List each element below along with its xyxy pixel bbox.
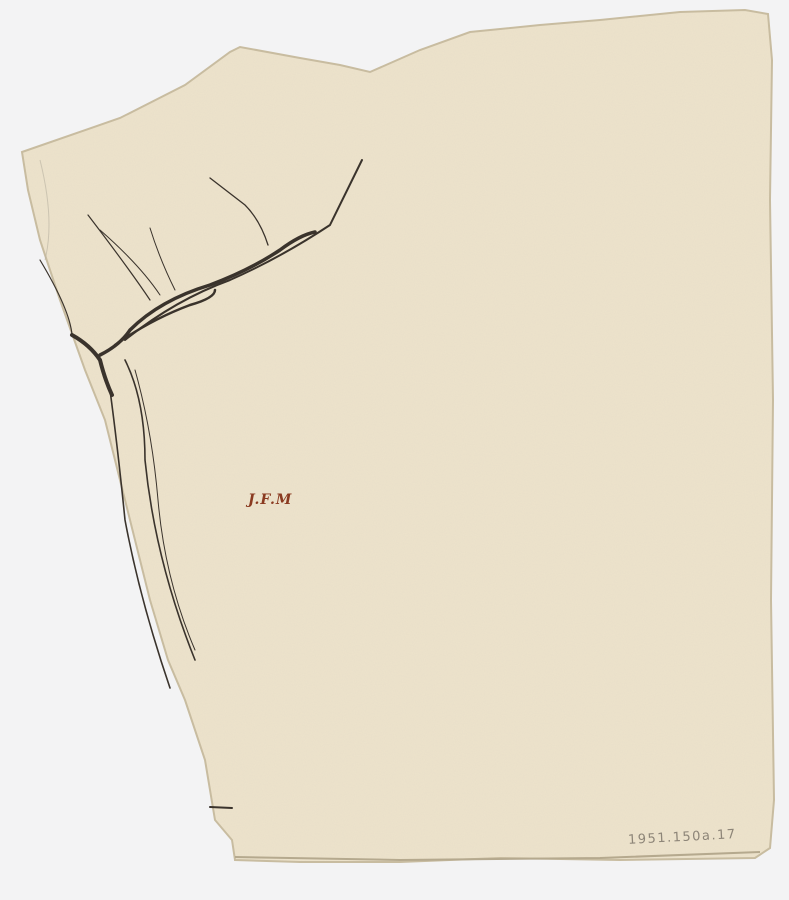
drawing-canvas — [0, 0, 789, 900]
collector-mark: J.F.M — [248, 492, 292, 508]
